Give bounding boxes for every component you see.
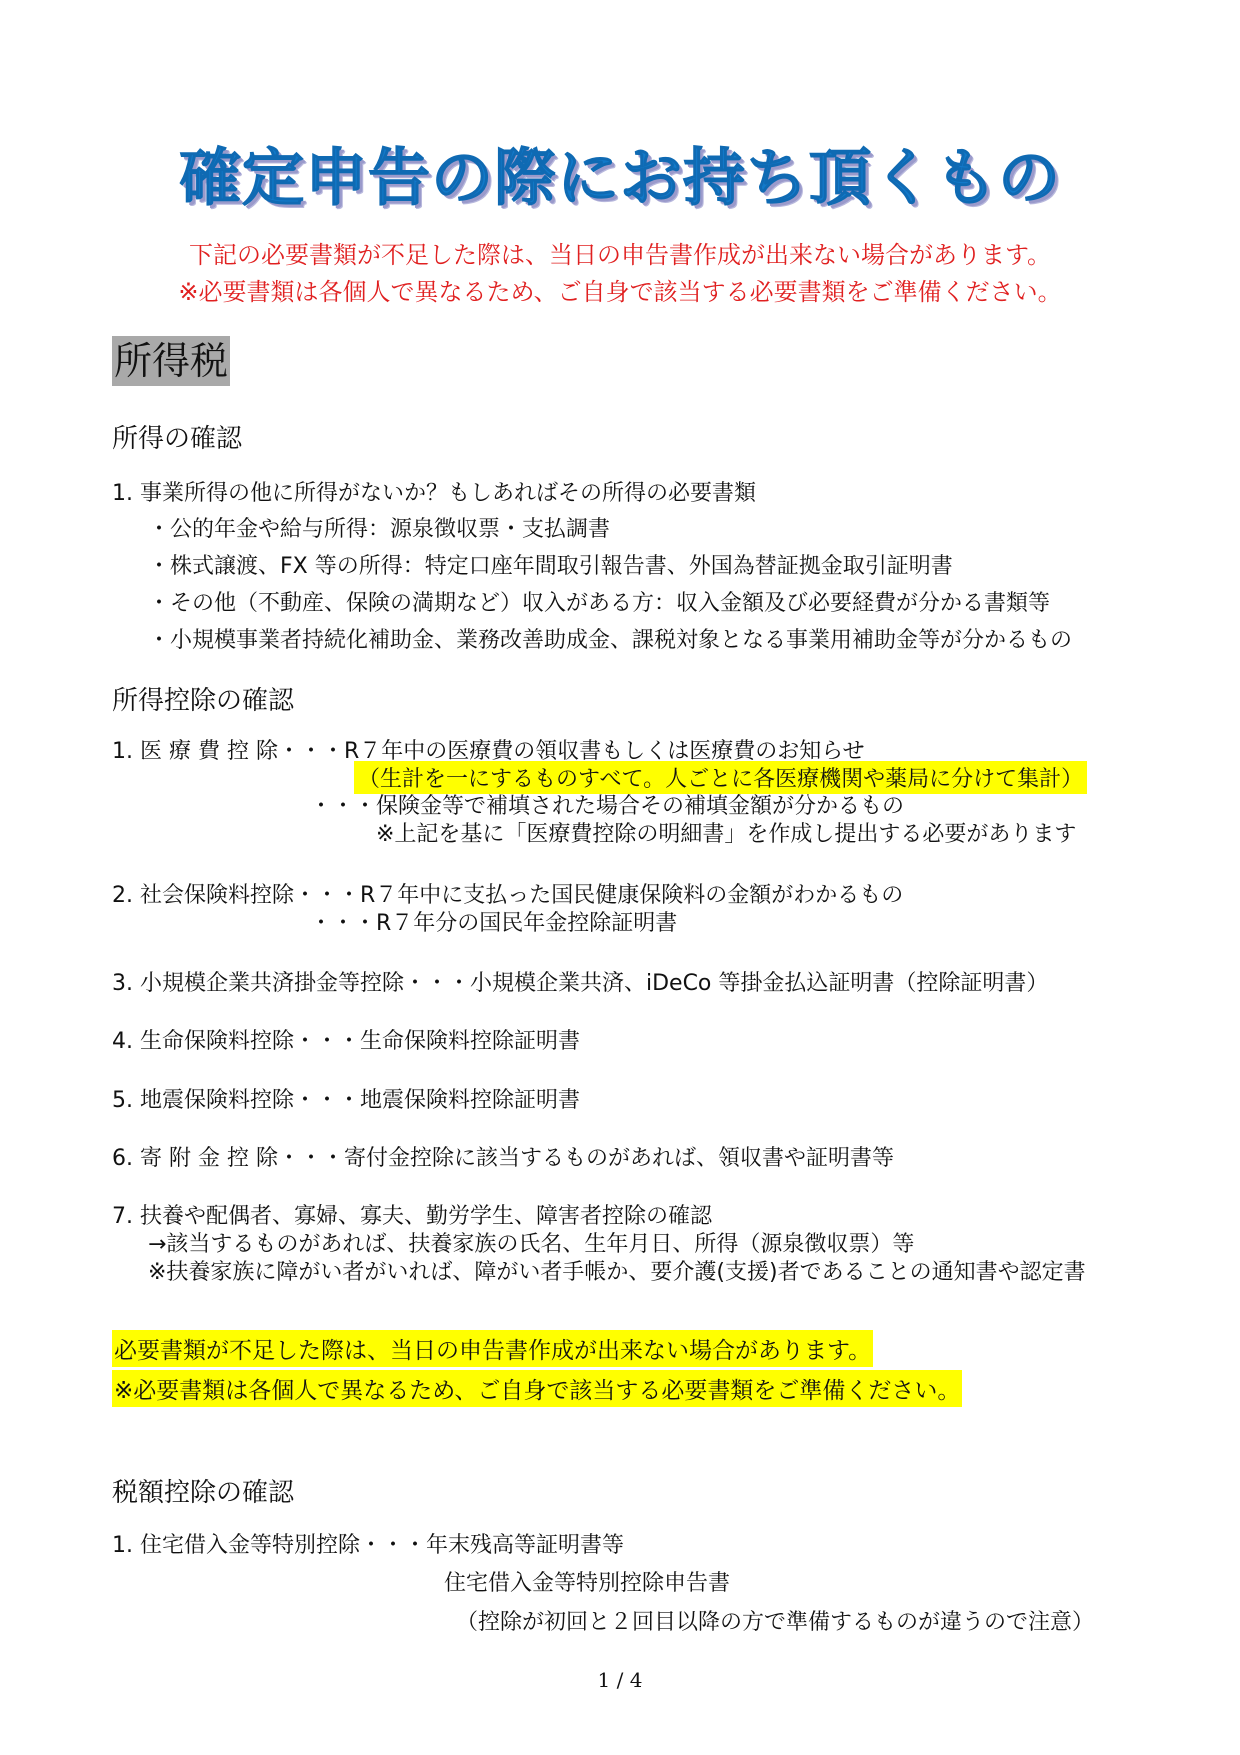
income-bullet: ・株式譲渡、FX 等の所得：特定口座年間取引報告書、外国為替証拠金取引証明書 bbox=[148, 549, 953, 580]
deduction-item-life-insurance: 4. 生命保険料控除・・・生命保険料控除証明書 bbox=[112, 1024, 580, 1055]
section-title-income-tax: 所得税 bbox=[112, 336, 230, 386]
income-heading: 所得の確認 bbox=[112, 418, 242, 455]
income-bullet: ・小規模事業者持続化補助金、業務改善助成金、課税対象となる事業用補助金等が分かる… bbox=[148, 623, 1072, 654]
deduction-item-donation: 6. 寄 附 金 控 除・・・寄付金控除に該当するものがあれば、領収書や証明書等 bbox=[112, 1141, 894, 1172]
notice-line-1: 下記の必要書類が不足した際は、当日の申告書作成が出来ない場合があります。 bbox=[0, 235, 1240, 270]
warning-line-2: ※必要書類は各個人で異なるため、ご自身で該当する必要書類をご準備ください。 bbox=[112, 1370, 962, 1407]
deduction-item-dependents-note: ※扶養家族に障がい者がいれば、障がい者手帳か、要介護(支援)者であることの通知書… bbox=[148, 1255, 1086, 1286]
income-bullet: ・その他（不動産、保険の満期など）収入がある方：収入金額及び必要経費が分かる書類… bbox=[148, 586, 1050, 617]
deduction-item-medical-note: ※上記を基に「医療費控除の明細書」を作成し提出する必要があります bbox=[376, 817, 1076, 848]
page-number: 1 / 4 bbox=[0, 1668, 1240, 1692]
tax-credit-item-housing-loan: 1. 住宅借入金等特別控除・・・年末残高等証明書等 bbox=[112, 1528, 624, 1559]
deduction-item-social-insurance: 2. 社会保険料控除・・・R７年中に支払った国民健康保険料の金額がわかるもの bbox=[112, 878, 903, 909]
tax-credit-item-housing-loan-note: （控除が初回と２回目以降の方で準備するものが違うので注意） bbox=[456, 1605, 1094, 1636]
deduction-item-dependents-detail: →該当するものがあれば、扶養家族の氏名、生年月日、所得（源泉徴収票）等 bbox=[148, 1227, 914, 1258]
deduction-item-earthquake-insurance: 5. 地震保険料控除・・・地震保険料控除証明書 bbox=[112, 1083, 580, 1114]
tax-credit-heading: 税額控除の確認 bbox=[112, 1472, 294, 1509]
deduction-item-medical-insurance: ・・・保険金等で補填された場合その補填金額が分かるもの bbox=[310, 789, 904, 820]
income-item-1: 1. 事業所得の他に所得がないか？もしあればその所得の必要書類 bbox=[112, 476, 756, 507]
deduction-item-social-insurance-pension: ・・・R７年分の国民年金控除証明書 bbox=[310, 906, 677, 937]
notice-line-2: ※必要書類は各個人で異なるため、ご自身で該当する必要書類をご準備ください。 bbox=[0, 272, 1240, 307]
warning-line-1: 必要書類が不足した際は、当日の申告書作成が出来ない場合があります。 bbox=[112, 1330, 873, 1367]
deduction-item-small-business: 3. 小規模企業共済掛金等控除・・・小規模企業共済、iDeCo 等掛金払込証明書… bbox=[112, 966, 1048, 997]
tax-credit-item-housing-loan-form: 住宅借入金等特別控除申告書 bbox=[444, 1566, 730, 1597]
document-title: 確定申告の際にお持ち頂くもの bbox=[0, 128, 1240, 217]
deduction-heading: 所得控除の確認 bbox=[112, 680, 294, 717]
deduction-item-dependents: 7. 扶養や配偶者、寡婦、寡夫、勤労学生、障害者控除の確認 bbox=[112, 1199, 712, 1230]
income-bullet: ・公的年金や給与所得：源泉徴収票・支払調書 bbox=[148, 512, 610, 543]
